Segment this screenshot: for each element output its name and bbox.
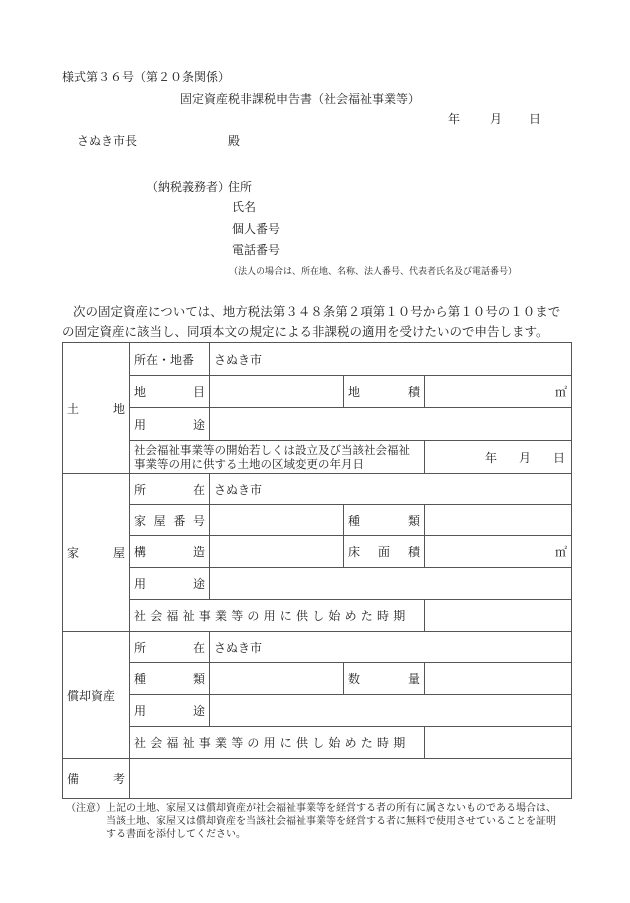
house-start-field[interactable] (425, 600, 572, 632)
remarks-field[interactable] (130, 759, 572, 799)
statement-line-2: の固定資産に該当し、同項本文の規定による非課税の適用を受けたいので申告します。 (62, 322, 549, 340)
honorific: 殿 (228, 132, 240, 149)
house-type-field[interactable] (425, 505, 572, 536)
asset-table: 土地 所在・地番 さぬき市 地目 地積 ㎡ 用途 社会福祉事業等の開始若しくは設… (62, 342, 572, 799)
taxpayer-name-label: 氏名 (232, 198, 256, 215)
land-location-field[interactable]: さぬき市 (210, 343, 572, 376)
house-section-label: 家屋 (63, 474, 130, 632)
form-number: 様式第３６号（第２０条関係） (62, 68, 230, 85)
house-number-field[interactable] (210, 505, 344, 536)
depreciable-quantity-label: 数量 (344, 663, 425, 695)
depreciable-start-field[interactable] (425, 727, 572, 759)
corporate-note: （法人の場合は、所在地、名称、法人番号、代表者氏名及び電話番号） (229, 264, 517, 277)
house-start-label: 社会福祉事業等の用に供し始めた時期 (130, 600, 425, 632)
house-use-field[interactable] (210, 568, 572, 600)
house-number-label: 家屋番号 (130, 505, 210, 536)
house-structure-field[interactable] (210, 536, 344, 568)
house-floor-area-field[interactable]: ㎡ (425, 536, 572, 568)
depreciable-location-label: 所在 (130, 632, 210, 663)
date-day-label: 日 (529, 110, 541, 127)
taxpayer-address-label: 住所 (228, 178, 252, 195)
land-area-field[interactable]: ㎡ (425, 376, 572, 408)
house-use-label: 用途 (130, 568, 210, 600)
note-line-3: する書面を添付してください。 (106, 825, 246, 840)
house-location-label: 所在 (130, 474, 210, 505)
date-month-label: 月 (490, 110, 502, 127)
house-location-field[interactable]: さぬき市 (210, 474, 572, 505)
land-use-field[interactable] (210, 408, 572, 441)
taxpayer-label: （納税義務者） (146, 178, 230, 195)
depreciable-location-field[interactable]: さぬき市 (210, 632, 572, 663)
depreciable-type-field[interactable] (210, 663, 344, 695)
land-area-unit: ㎡ (555, 385, 567, 399)
land-location-label: 所在・地番 (130, 343, 210, 376)
statement-line-1: 次の固定資産については、地方税法第３４８条第２項第１０号から第１０号の１０まで (73, 302, 560, 320)
depreciable-use-field[interactable] (210, 695, 572, 727)
land-section-label: 土地 (63, 343, 130, 474)
house-floor-area-unit: ㎡ (555, 545, 567, 559)
depreciable-section-label: 償却資産 (63, 632, 130, 759)
house-floor-area-label: 床面積 (344, 536, 425, 568)
depreciable-start-label: 社会福祉事業等の用に供し始めた時期 (130, 727, 425, 759)
house-structure-label: 構造 (130, 536, 210, 568)
taxpayer-phone-label: 電話番号 (232, 241, 280, 258)
note-prefix: （注意） (66, 799, 106, 814)
date-year-label: 年 (448, 110, 460, 127)
depreciable-quantity-field[interactable] (425, 663, 572, 695)
depreciable-use-label: 用途 (130, 695, 210, 727)
land-category-label: 地目 (130, 376, 210, 408)
land-start-year: 年 (485, 451, 497, 465)
taxpayer-personal-number-label: 個人番号 (232, 220, 280, 237)
remarks-label: 備考 (63, 759, 130, 799)
land-category-field[interactable] (210, 376, 344, 408)
land-start-date-field[interactable]: 年月日 (425, 441, 572, 474)
addressee: さぬき市長 (77, 132, 137, 149)
land-start-month: 月 (519, 451, 531, 465)
form-title: 固定資産税非課税申告書（社会福祉事業等） (180, 90, 420, 107)
land-use-label: 用途 (130, 408, 210, 441)
land-start-date-label: 社会福祉事業等の開始若しくは設立及び当該社会福祉事業等の用に供する土地の区域変更… (130, 441, 425, 474)
depreciable-type-label: 種類 (130, 663, 210, 695)
land-start-day: 日 (553, 451, 565, 465)
land-area-label: 地積 (344, 376, 425, 408)
house-type-label: 種類 (344, 505, 425, 536)
